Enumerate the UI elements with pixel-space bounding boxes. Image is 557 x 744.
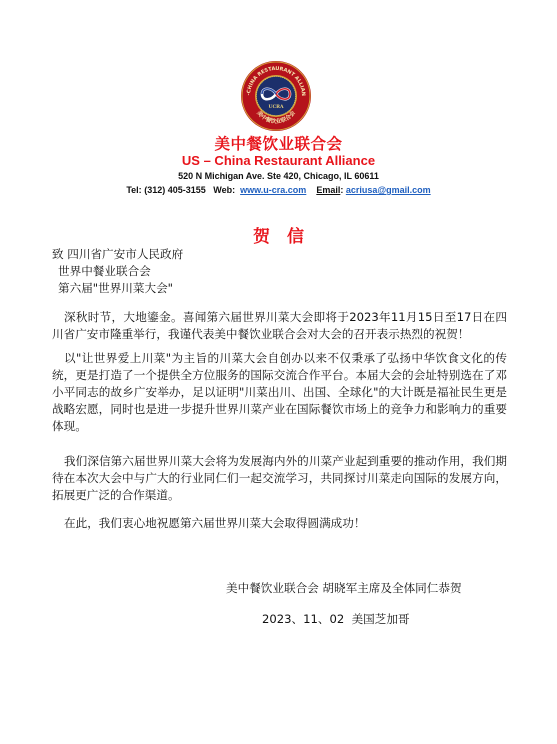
web-label: Web: xyxy=(213,185,235,195)
letter-title: 贺信 xyxy=(0,222,557,247)
tel-label: Tel: xyxy=(126,185,141,195)
letter-page: UCRA US-CHINA RESTAURANT ALLIANCE 美中餐饮业联… xyxy=(0,0,557,744)
org-name-chinese: 美中餐饮业联合会 xyxy=(0,132,557,154)
paragraph: 我们深信第六届世界川菜大会将为发展海内外的川菜产业起到重要的推动作用，我们期待在… xyxy=(52,453,507,504)
signature: 美中餐饮业联合会 胡晓军主席及全体同仁恭贺 xyxy=(226,580,462,597)
org-address: 520 N Michigan Ave. Ste 420, Chicago, IL… xyxy=(0,171,557,181)
website-link[interactable]: www.u-cra.com xyxy=(240,185,306,195)
paragraph: 深秋时节，大地鎏金。喜闻第六届世界川菜大会即将于2023年11月15日至17日在… xyxy=(52,309,507,343)
email-link[interactable]: acriusa@gmail.com xyxy=(346,185,431,195)
recipient-line: 世界中餐业联合会 xyxy=(58,263,151,280)
date-place: 2023、11、02 美国芝加哥 xyxy=(262,611,410,628)
svg-text:UCRA: UCRA xyxy=(268,104,283,110)
paragraph: 在此，我们衷心地祝愿第六届世界川菜大会取得圆满成功！ xyxy=(52,515,507,532)
recipient-line: 第六届"世界川菜大会" xyxy=(58,280,173,297)
org-name-english: US – China Restaurant Alliance xyxy=(0,153,557,168)
paragraph: 以"让世界爱上川菜"为主旨的川菜大会自创办以来不仅秉承了弘扬中华饮食文化的传统，… xyxy=(52,350,507,435)
tel-number: (312) 405-3155 xyxy=(144,185,206,195)
recipient-line: 致 四川省广安市人民政府 xyxy=(52,246,183,263)
contact-line: Tel: (312) 405-3155 Web: www.u-cra.com E… xyxy=(0,185,557,195)
email-label: Email xyxy=(316,185,340,195)
ucra-seal-logo-icon: UCRA US-CHINA RESTAURANT ALLIANCE 美中餐饮业联… xyxy=(240,60,312,132)
